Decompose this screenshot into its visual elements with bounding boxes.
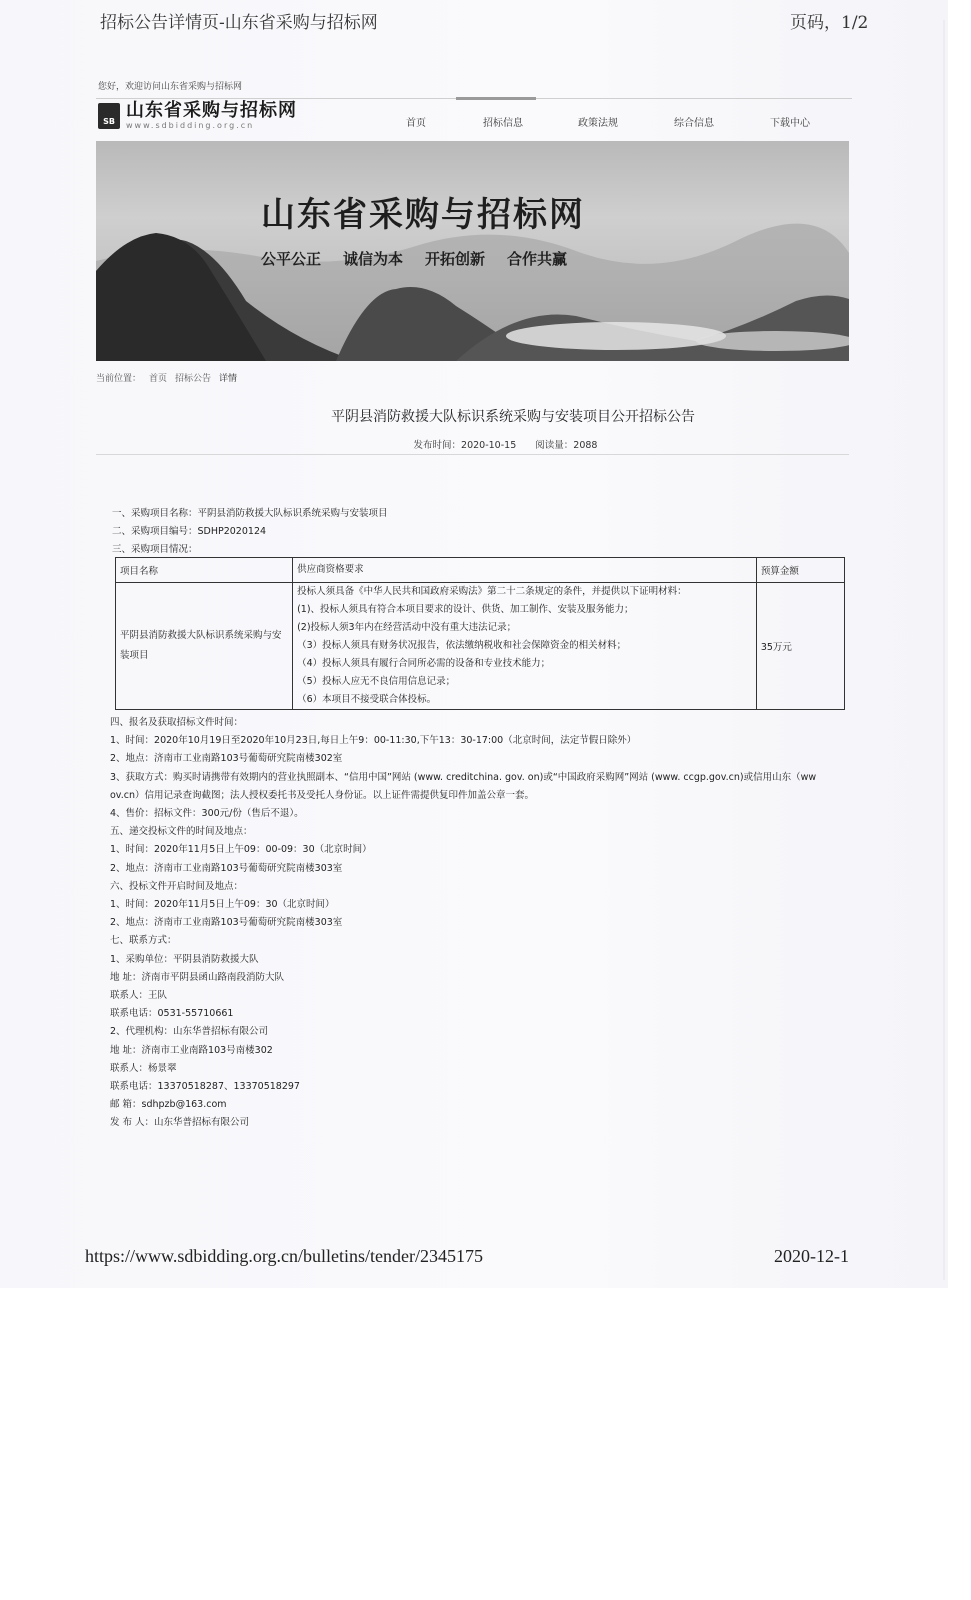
requirement-line: （6）本项目不接受联合体投标。 xyxy=(297,691,752,709)
body-line: 2、地点：济南市工业南路103号葡萄研究院南楼303室 xyxy=(110,914,816,932)
body-line: 地 址：济南市工业南路103号南楼302 xyxy=(110,1042,816,1060)
body-line: 发 布 人：山东华普招标有限公司 xyxy=(110,1114,816,1132)
budget-cell: 35万元 xyxy=(756,583,844,710)
print-footer-date: 2020-12-1 xyxy=(774,1246,849,1267)
body-line: 联系人：杨景翠 xyxy=(110,1060,816,1078)
requirement-line: （3）投标人须具有财务状况报告，依法缴纳税收和社会保障资金的相关材料； xyxy=(297,637,752,655)
project-name-cell: 平阴县消防救援大队标识系统采购与安装项目 xyxy=(116,583,293,710)
body-line: 2、地点：济南市工业南路103号葡萄研究院南楼303室 xyxy=(110,860,816,878)
article-intro: 一、采购项目名称：平阴县消防救援大队标识系统采购与安装项目 二、采购项目编号：S… xyxy=(112,505,388,559)
table-header: 供应商资格要求 xyxy=(293,558,757,583)
requirement-line: (2)投标人须3年内在经营活动中没有重大违法记录； xyxy=(297,619,752,637)
requirement-line: 投标人须具备《中华人民共和国政府采购法》第二十二条规定的条件，并提供以下证明材料… xyxy=(297,583,752,601)
project-table: 项目名称 供应商资格要求 预算金额 平阴县消防救援大队标识系统采购与安装项目 投… xyxy=(115,557,845,710)
table-header: 预算金额 xyxy=(756,558,844,583)
print-footer-url: https://www.sdbidding.org.cn/bulletins/t… xyxy=(85,1246,483,1267)
requirement-line: （5）投标人应无不良信用信息记录； xyxy=(297,673,752,691)
body-line: 1、采购单位：平阴县消防救援大队 xyxy=(110,951,816,969)
requirement-line: （4）投标人须具有履行合同所必需的设备和专业技术能力； xyxy=(297,655,752,673)
body-line: 4、售价：招标文件：300元/份（售后不退）。 xyxy=(110,805,816,823)
body-line: 1、时间：2020年11月5日上午09：00-09：30（北京时间） xyxy=(110,841,816,859)
body-line: 1、时间：2020年11月5日上午09：30（北京时间） xyxy=(110,896,816,914)
scan-edge xyxy=(943,20,945,1280)
body-line: 联系电话：13370518287、13370518297 xyxy=(110,1078,816,1096)
body-line: ov.cn）信用记录查询截图；法人授权委托书及受托人身份证。以上证件需提供复印件… xyxy=(110,787,816,805)
requirement-line: (1)、投标人须具有符合本项目要求的设计、供货、加工制作、安装及服务能力； xyxy=(297,601,752,619)
body-line: 1、时间：2020年10月19日至2020年10月23日,每日上午9：00-11… xyxy=(110,732,816,750)
body-line: 七、联系方式： xyxy=(110,932,816,950)
body-line: 六、投标文件开启时间及地点： xyxy=(110,878,816,896)
intro-line: 一、采购项目名称：平阴县消防救援大队标识系统采购与安装项目 xyxy=(112,505,388,523)
body-line: 联系电话：0531-55710661 xyxy=(110,1005,816,1023)
table-row: 平阴县消防救援大队标识系统采购与安装项目 投标人须具备《中华人民共和国政府采购法… xyxy=(116,583,845,710)
requirements-cell: 投标人须具备《中华人民共和国政府采购法》第二十二条规定的条件，并提供以下证明材料… xyxy=(293,583,757,710)
body-line: 2、地点：济南市工业南路103号葡萄研究院南楼302室 xyxy=(110,750,816,768)
table-header-row: 项目名称 供应商资格要求 预算金额 xyxy=(116,558,845,583)
body-line: 地 址：济南市平阴县函山路南段消防大队 xyxy=(110,969,816,987)
body-line: 3、获取方式：购买时请携带有效期内的营业执照副本、“信用中国”网站 (www. … xyxy=(110,769,816,787)
body-line: 联系人：王队 xyxy=(110,987,816,1005)
table-header: 项目名称 xyxy=(116,558,293,583)
body-line: 邮 箱：sdhpzb@163.com xyxy=(110,1096,816,1114)
body-line: 2、代理机构：山东华普招标有限公司 xyxy=(110,1023,816,1041)
intro-line: 二、采购项目编号：SDHP2020124 xyxy=(112,523,388,541)
body-line: 四、报名及获取招标文件时间： xyxy=(110,714,816,732)
body-line: 五、递交投标文件的时间及地点： xyxy=(110,823,816,841)
article-body: 四、报名及获取招标文件时间：1、时间：2020年10月19日至2020年10月2… xyxy=(110,714,816,1133)
